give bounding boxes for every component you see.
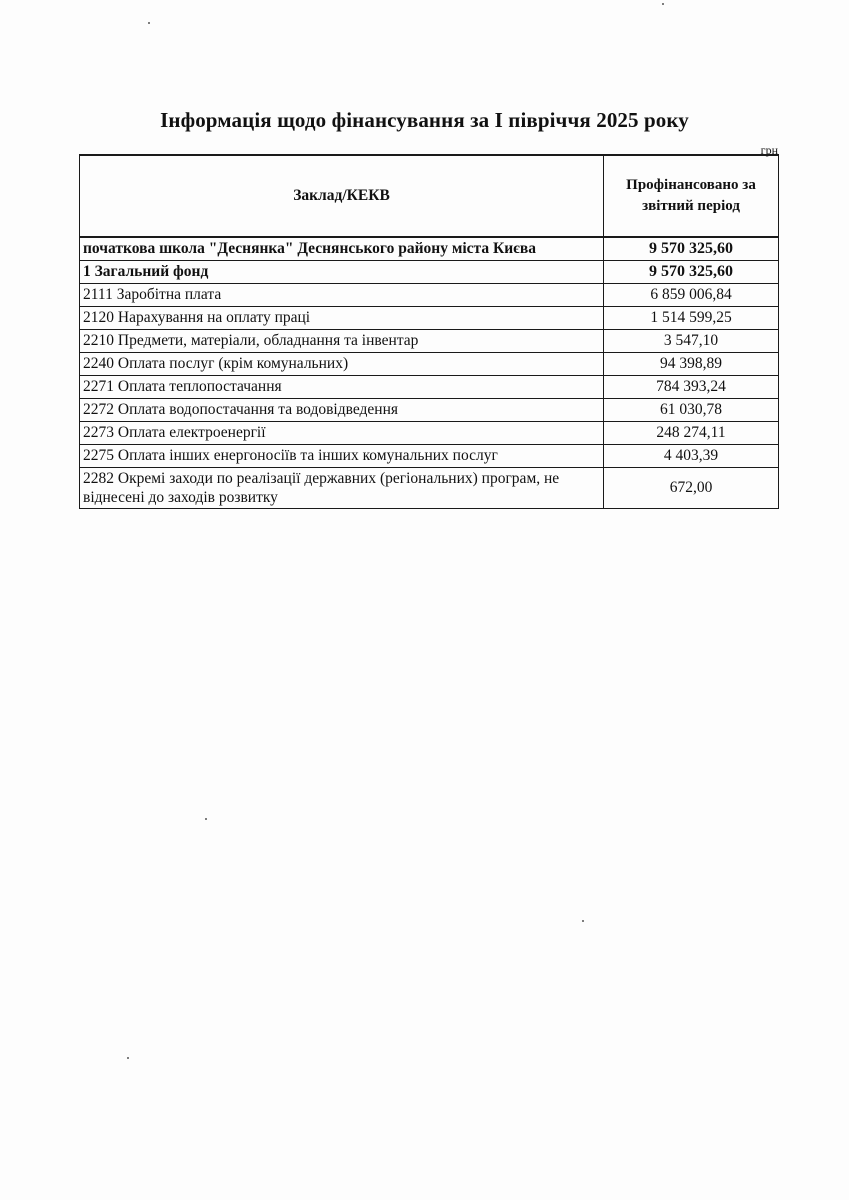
- row-amount: 3 547,10: [604, 330, 779, 353]
- row-label: 2210 Предмети, матеріали, обладнання та …: [80, 330, 604, 353]
- scan-speck: [205, 818, 207, 820]
- row-amount: 4 403,39: [604, 445, 779, 468]
- table-row: 2210 Предмети, матеріали, обладнання та …: [80, 330, 779, 353]
- table-header-row: Заклад/КЕКВ Профінансовано за звітний пе…: [80, 155, 779, 237]
- table-row: 2240 Оплата послуг (крім комунальних)94 …: [80, 353, 779, 376]
- row-amount: 248 274,11: [604, 422, 779, 445]
- table-body: початкова школа "Деснянка" Деснянського …: [80, 237, 779, 509]
- row-amount: 1 514 599,25: [604, 307, 779, 330]
- table-row: початкова школа "Деснянка" Деснянського …: [80, 237, 779, 261]
- row-amount: 672,00: [604, 468, 779, 509]
- row-label: 2273 Оплата електроенергії: [80, 422, 604, 445]
- table-row: 2275 Оплата інших енергоносіїв та інших …: [80, 445, 779, 468]
- row-label: 2120 Нарахування на оплату праці: [80, 307, 604, 330]
- table-row: 2120 Нарахування на оплату праці1 514 59…: [80, 307, 779, 330]
- scan-speck: [582, 920, 584, 922]
- table-row: 2111 Заробітна плата6 859 006,84: [80, 284, 779, 307]
- scan-speck: [148, 22, 150, 24]
- header-financed-line2: звітний період: [642, 198, 740, 214]
- row-label: 2275 Оплата інших енергоносіїв та інших …: [80, 445, 604, 468]
- table-row: 2282 Окремі заходи по реалізації державн…: [80, 468, 779, 509]
- row-label: 2271 Оплата теплопостачання: [80, 376, 604, 399]
- row-label: 2272 Оплата водопостачання та водовідвед…: [80, 399, 604, 422]
- row-label: 2111 Заробітна плата: [80, 284, 604, 307]
- header-financed-line1: Профінансовано за: [626, 177, 756, 193]
- document-title: Інформація щодо фінансування за І півріч…: [0, 108, 849, 133]
- row-amount: 61 030,78: [604, 399, 779, 422]
- scan-speck: [662, 3, 664, 5]
- scan-speck: [127, 1057, 129, 1059]
- row-amount: 6 859 006,84: [604, 284, 779, 307]
- row-label: 2240 Оплата послуг (крім комунальних): [80, 353, 604, 376]
- table-row: 2273 Оплата електроенергії248 274,11: [80, 422, 779, 445]
- row-amount: 9 570 325,60: [604, 261, 779, 284]
- row-amount: 784 393,24: [604, 376, 779, 399]
- row-amount: 9 570 325,60: [604, 237, 779, 261]
- financing-table: Заклад/КЕКВ Профінансовано за звітний пе…: [79, 154, 779, 509]
- table-row: 2271 Оплата теплопостачання784 393,24: [80, 376, 779, 399]
- row-amount: 94 398,89: [604, 353, 779, 376]
- row-label: 1 Загальний фонд: [80, 261, 604, 284]
- row-label: 2282 Окремі заходи по реалізації державн…: [80, 468, 604, 509]
- header-financed-amount: Профінансовано за звітний період: [604, 155, 779, 237]
- header-institution-kekv: Заклад/КЕКВ: [80, 155, 604, 237]
- table-row: 2272 Оплата водопостачання та водовідвед…: [80, 399, 779, 422]
- table-row: 1 Загальний фонд9 570 325,60: [80, 261, 779, 284]
- row-label: початкова школа "Деснянка" Деснянського …: [80, 237, 604, 261]
